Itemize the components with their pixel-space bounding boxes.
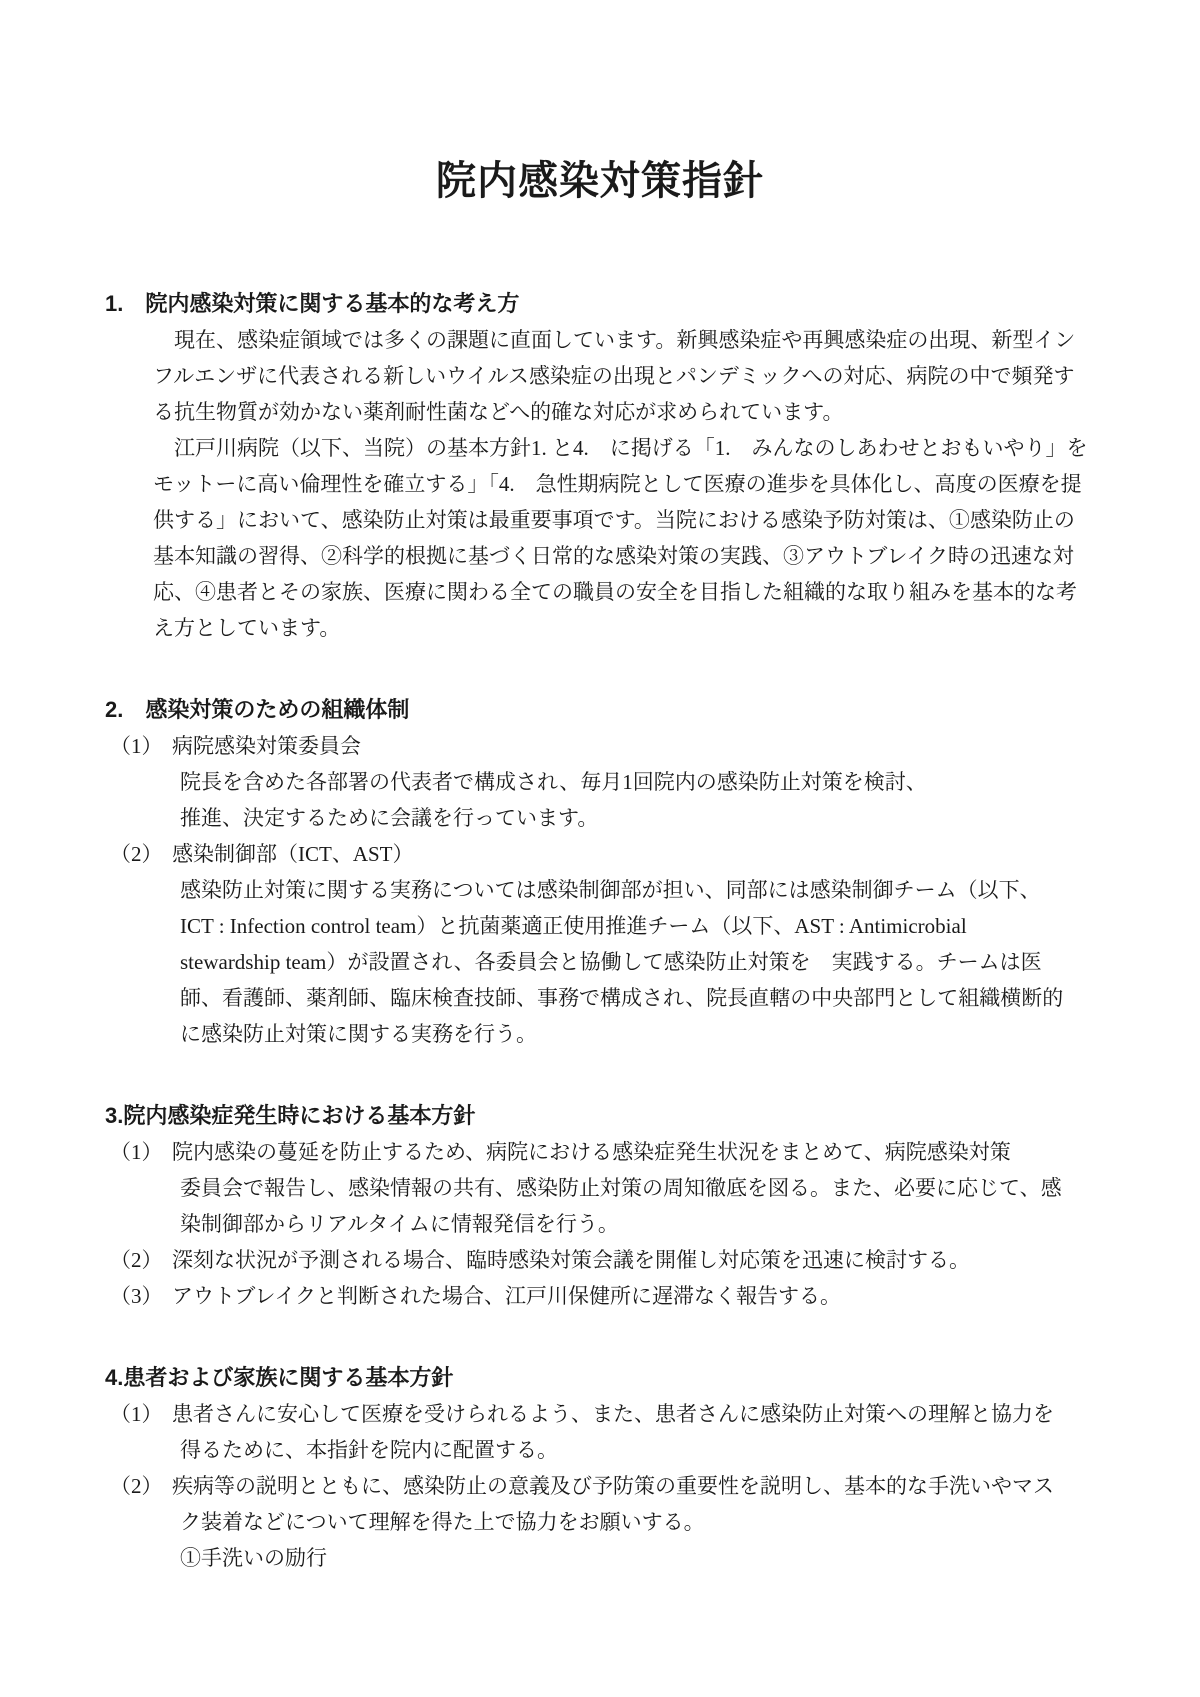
list-item: （1）患者さんに安心して医療を受けられるよう、また、患者さんに感染防止対策への理… — [110, 1396, 1094, 1468]
paragraph-line: フルエンザに代表される新しいウイルス感染症の出現とパンデミックへの対応、病院の中… — [153, 358, 1094, 394]
paragraph-line: 基本知識の習得、②科学的根拠に基づく日常的な感染対策の実践、③アウトブレイク時の… — [153, 538, 1094, 574]
list-item-body-line: 染制御部からリアルタイムに情報発信を行う。 — [180, 1206, 1094, 1242]
paragraph-line: 供する」において、感染防止対策は最重要事項です。当院における感染予防対策は、①感… — [153, 502, 1094, 538]
list-item-first-line: （2）感染制御部（ICT、AST） — [110, 836, 1094, 872]
section-2: 2. 感染対策のための組織体制 （1）病院感染対策委員会 院長を含めた各部署の代… — [0, 692, 1200, 1052]
paragraph-line: る抗生物質が効かない薬剤耐性菌などへ的確な対応が求められています。 — [153, 394, 1094, 430]
paragraph-line: 江戸川病院（以下、当院）の基本方針1. と4. に掲げる「1. みんなのしあわせ… — [153, 430, 1094, 466]
list-item-body-line: 推進、決定するために会議を行っています。 — [180, 800, 1094, 836]
paragraph-line: 応、④患者とその家族、医療に関わる全ての職員の安全を目指した組織的な取り組みを基… — [153, 574, 1094, 610]
list-item-first-line: （1）病院感染対策委員会 — [110, 728, 1094, 764]
list-item-body-line: ク装着などについて理解を得た上で協力をお願いする。 — [180, 1504, 1094, 1540]
list-item: （3）アウトブレイクと判断された場合、江戸川保健所に遅滞なく報告する。 — [110, 1278, 1094, 1314]
list-item-text: 院内感染の蔓延を防止するため、病院における感染症発生状況をまとめて、病院感染対策 — [172, 1140, 1011, 1164]
list-item-body-line: に感染防止対策に関する実務を行う。 — [180, 1016, 1094, 1052]
list-item-body-line: ICT : Infection control team）と抗菌薬適正使用推進チ… — [180, 908, 1094, 944]
list-item: （2）疾病等の説明とともに、感染防止の意義及び予防策の重要性を説明し、基本的な手… — [110, 1468, 1094, 1576]
paragraph: 現在、感染症領域では多くの課題に直面しています。新興感染症や再興感染症の出現、新… — [153, 322, 1094, 430]
list-item-body-line: 得るために、本指針を院内に配置する。 — [180, 1432, 1094, 1468]
list-item-text: 疾病等の説明とともに、感染防止の意義及び予防策の重要性を説明し、基本的な手洗いや… — [172, 1474, 1054, 1498]
list-item: （2）感染制御部（ICT、AST） 感染防止対策に関する実務については感染制御部… — [110, 836, 1094, 1052]
list-item-first-line: （2）疾病等の説明とともに、感染防止の意義及び予防策の重要性を説明し、基本的な手… — [110, 1468, 1094, 1504]
list-item-text: 感染制御部（ICT、AST） — [172, 842, 414, 866]
paragraph-line: え方としています。 — [153, 610, 1094, 646]
list-item-text: 患者さんに安心して医療を受けられるよう、また、患者さんに感染防止対策への理解と協… — [172, 1402, 1054, 1426]
section-3: 3.院内感染症発生時における基本方針 （1）院内感染の蔓延を防止するため、病院に… — [0, 1098, 1200, 1314]
list-item-label: （2） — [110, 836, 172, 872]
list-item: （1）病院感染対策委員会 院長を含めた各部署の代表者で構成され、毎月1回院内の感… — [110, 728, 1094, 836]
list-item: （1）院内感染の蔓延を防止するため、病院における感染症発生状況をまとめて、病院感… — [110, 1134, 1094, 1242]
list-item-body-line: 委員会で報告し、感染情報の共有、感染防止対策の周知徹底を図る。また、必要に応じて… — [180, 1170, 1094, 1206]
list-item-body-line: 院長を含めた各部署の代表者で構成され、毎月1回院内の感染防止対策を検討、 — [180, 764, 1094, 800]
section-1-heading: 1. 院内感染対策に関する基本的な考え方 — [105, 286, 1090, 322]
list-item-label: （1） — [110, 728, 172, 764]
section-3-heading: 3.院内感染症発生時における基本方針 — [105, 1098, 1090, 1134]
list-item-first-line: （3）アウトブレイクと判断された場合、江戸川保健所に遅滞なく報告する。 — [110, 1278, 1094, 1314]
list-item-label: （1） — [110, 1134, 172, 1170]
list-item-first-line: （1）患者さんに安心して医療を受けられるよう、また、患者さんに感染防止対策への理… — [110, 1396, 1094, 1432]
list-item-label: （2） — [110, 1242, 172, 1278]
list-item-body-line: ①手洗いの励行 — [180, 1540, 1094, 1576]
list-item-label: （2） — [110, 1468, 172, 1504]
list-item: （2）深刻な状況が予測される場合、臨時感染対策会議を開催し対応策を迅速に検討する… — [110, 1242, 1094, 1278]
document-page: 院内感染対策指針 1. 院内感染対策に関する基本的な考え方 現在、感染症領域では… — [0, 0, 1200, 1697]
list-item-first-line: （1）院内感染の蔓延を防止するため、病院における感染症発生状況をまとめて、病院感… — [110, 1134, 1094, 1170]
list-item-first-line: （2）深刻な状況が予測される場合、臨時感染対策会議を開催し対応策を迅速に検討する… — [110, 1242, 1094, 1278]
paragraph: 江戸川病院（以下、当院）の基本方針1. と4. に掲げる「1. みんなのしあわせ… — [153, 430, 1094, 646]
list-item-label: （1） — [110, 1396, 172, 1432]
section-4-heading: 4.患者および家族に関する基本方針 — [105, 1360, 1090, 1396]
section-4: 4.患者および家族に関する基本方針 （1）患者さんに安心して医療を受けられるよう… — [0, 1360, 1200, 1576]
section-2-heading: 2. 感染対策のための組織体制 — [105, 692, 1090, 728]
paragraph-line: 現在、感染症領域では多くの課題に直面しています。新興感染症や再興感染症の出現、新… — [153, 322, 1094, 358]
list-item-text: アウトブレイクと判断された場合、江戸川保健所に遅滞なく報告する。 — [172, 1284, 841, 1308]
list-item-body-line: stewardship team）が設置され、各委員会と協働して感染防止対策を … — [180, 944, 1094, 980]
section-1: 1. 院内感染対策に関する基本的な考え方 現在、感染症領域では多くの課題に直面し… — [0, 286, 1200, 646]
paragraph-line: モットーに高い倫理性を確立する」「4. 急性期病院として医療の進歩を具体化し、高… — [153, 466, 1094, 502]
list-item-body-line: 感染防止対策に関する実務については感染制御部が担い、同部には感染制御チーム（以下… — [180, 872, 1094, 908]
list-item-text: 深刻な状況が予測される場合、臨時感染対策会議を開催し対応策を迅速に検討する。 — [172, 1248, 970, 1272]
list-item-body-line: 師、看護師、薬剤師、臨床検査技師、事務で構成され、院長直轄の中央部門として組織横… — [180, 980, 1094, 1016]
list-item-text: 病院感染対策委員会 — [172, 734, 361, 758]
document-title: 院内感染対策指針 — [0, 0, 1200, 204]
list-item-label: （3） — [110, 1278, 172, 1314]
